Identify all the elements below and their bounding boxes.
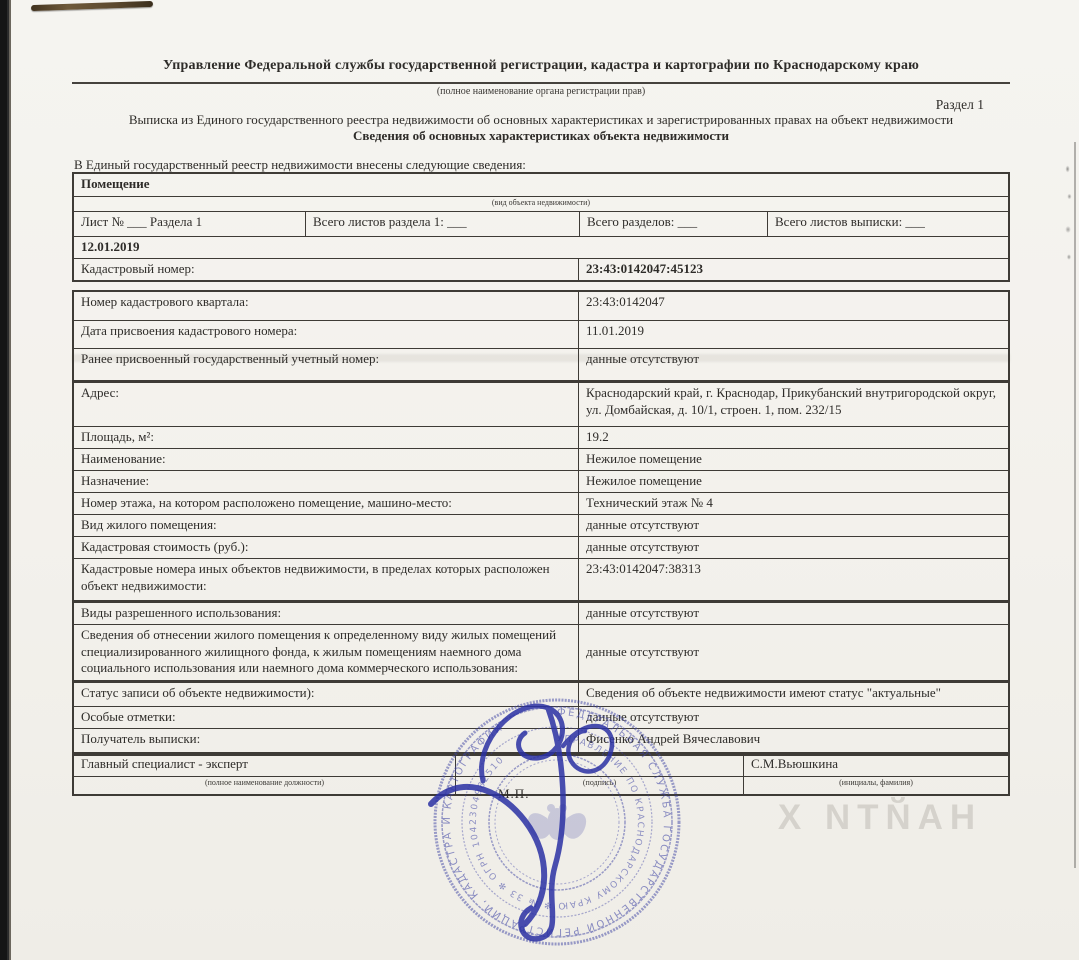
row-label: Статус записи об объекте недвижимости): bbox=[74, 683, 578, 706]
object-type-caption: (вид объекта недвижимости) bbox=[74, 197, 1008, 211]
document-scan: Управление Федеральной службы государств… bbox=[0, 0, 1079, 960]
row-value: данные отсутствуют bbox=[578, 603, 1008, 624]
row-value: 11.01.2019 bbox=[578, 321, 1008, 348]
table-row: Наименование: Нежилое помещение bbox=[74, 448, 1008, 470]
seal-eagle-emblem bbox=[528, 804, 586, 840]
object-header-table: Помещение (вид объекта недвижимости) Лис… bbox=[72, 172, 1010, 282]
cadastral-number-row: Кадастровый номер: 23:43:0142047:45123 bbox=[74, 258, 1008, 280]
table-row: Номер этажа, на котором расположено поме… bbox=[74, 492, 1008, 514]
name-caption: (инициалы, фамилия) bbox=[743, 777, 1008, 794]
row-value: данные отсутствуют bbox=[578, 707, 1008, 728]
extract-date: 12.01.2019 bbox=[74, 237, 1008, 258]
row-value: 23:43:0142047 bbox=[578, 292, 1008, 320]
sheet-info-row: Лист № ___ Раздела 1 Всего листов раздел… bbox=[74, 211, 1008, 236]
row-label: Номер этажа, на котором расположено поме… bbox=[74, 493, 578, 514]
cadastral-number-value: 23:43:0142047:45123 bbox=[578, 259, 1008, 280]
table-row: Особые отметки: данные отсутствуют bbox=[74, 706, 1008, 728]
row-label: Дата присвоения кадастрового номера: bbox=[74, 321, 578, 348]
cadastral-number-label: Кадастровый номер: bbox=[74, 259, 578, 280]
row-label: Кадастровая стоимость (руб.): bbox=[74, 537, 578, 558]
table-row: Сведения об отнесении жилого помещения к… bbox=[74, 624, 1008, 680]
total-sheets-cell: Всего листов выписки: ___ bbox=[767, 212, 1008, 236]
table-row: Дата присвоения кадастрового номера: 11.… bbox=[74, 320, 1008, 348]
signature-cell bbox=[455, 754, 743, 776]
table-row: Статус записи об объекте недвижимости): … bbox=[74, 680, 1008, 706]
official-position: Главный специалист - эксперт bbox=[74, 754, 455, 776]
row-label: Адрес: bbox=[74, 383, 578, 426]
table-row: Назначение: Нежилое помещение bbox=[74, 470, 1008, 492]
org-name-caption: (полное наименование органа регистрации … bbox=[72, 86, 1010, 97]
intro-text: В Единый государственный реестр недвижим… bbox=[74, 157, 526, 173]
table-row: Адрес: Краснодарский край, г. Краснодар,… bbox=[74, 380, 1008, 426]
row-value: данные отсутствуют bbox=[578, 349, 1008, 380]
scan-left-edge bbox=[0, 0, 11, 960]
signature-table: Главный специалист - эксперт С.М.Вьюшкин… bbox=[72, 752, 1010, 796]
row-value: данные отсутствуют bbox=[578, 625, 1008, 680]
row-value: Нежилое помещение bbox=[578, 449, 1008, 470]
scan-right-edge-line bbox=[1074, 142, 1076, 868]
row-label: Ранее присвоенный государственный учетны… bbox=[74, 349, 578, 380]
row-value: Краснодарский край, г. Краснодар, Прикуб… bbox=[578, 383, 1008, 426]
staple-mark bbox=[31, 1, 153, 11]
row-value: Сведения об объекте недвижимости имеют с… bbox=[578, 683, 1008, 706]
position-caption: (полное наименование должности) bbox=[74, 777, 455, 794]
scan-smudge bbox=[1064, 158, 1073, 268]
section-label: Раздел 1 bbox=[72, 97, 1010, 113]
sheets-in-section-cell: Всего листов раздела 1: ___ bbox=[305, 212, 579, 236]
seal-place-mark: М.П. bbox=[498, 786, 529, 802]
table-row: Площадь, м²: 19.2 bbox=[74, 426, 1008, 448]
row-label: Сведения об отнесении жилого помещения к… bbox=[74, 625, 578, 680]
row-value: Технический этаж № 4 bbox=[578, 493, 1008, 514]
row-value: Фисенко Андрей Вячеславович bbox=[578, 729, 1008, 754]
table-row: Виды разрешенного использования: данные … bbox=[74, 600, 1008, 624]
doc-title: Выписка из Единого государственного реес… bbox=[72, 112, 1010, 128]
row-label: Номер кадастрового квартала: bbox=[74, 292, 578, 320]
row-label: Особые отметки: bbox=[74, 707, 578, 728]
row-value: 19.2 bbox=[578, 427, 1008, 448]
table-row: Получатель выписки: Фисенко Андрей Вячес… bbox=[74, 728, 1008, 754]
doc-subtitle: Сведения об основных характеристиках объ… bbox=[72, 128, 1010, 144]
total-sections-cell: Всего разделов: ___ bbox=[579, 212, 767, 236]
sheet-number-cell: Лист № ___ Раздела 1 bbox=[74, 212, 305, 236]
row-value: данные отсутствуют bbox=[578, 537, 1008, 558]
row-value: Нежилое помещение bbox=[578, 471, 1008, 492]
site-watermark: НАЙТИ Х bbox=[748, 798, 998, 838]
org-name: Управление Федеральной службы государств… bbox=[72, 58, 1010, 74]
table-row: Кадастровые номера иных объектов недвижи… bbox=[74, 558, 1008, 600]
table-row: Кадастровая стоимость (руб.): данные отс… bbox=[74, 536, 1008, 558]
row-label: Площадь, м²: bbox=[74, 427, 578, 448]
official-name: С.М.Вьюшкина bbox=[743, 754, 1008, 776]
row-label: Кадастровые номера иных объектов недвижи… bbox=[74, 559, 578, 600]
table-row: Номер кадастрового квартала: 23:43:01420… bbox=[74, 292, 1008, 320]
row-label: Виды разрешенного использования: bbox=[74, 603, 578, 624]
table-row: Ранее присвоенный государственный учетны… bbox=[74, 348, 1008, 380]
row-label: Вид жилого помещения: bbox=[74, 515, 578, 536]
details-table: Номер кадастрового квартала: 23:43:01420… bbox=[72, 290, 1010, 756]
object-type-caption-row: (вид объекта недвижимости) bbox=[74, 196, 1008, 211]
object-type: Помещение bbox=[74, 174, 1008, 196]
signature-row: Главный специалист - эксперт С.М.Вьюшкин… bbox=[74, 754, 1008, 776]
signature-caption-row: (полное наименование должности) (подпись… bbox=[74, 776, 1008, 794]
date-row: 12.01.2019 bbox=[74, 236, 1008, 258]
row-value: 23:43:0142047:38313 bbox=[578, 559, 1008, 600]
row-label: Назначение: bbox=[74, 471, 578, 492]
table-row: Вид жилого помещения: данные отсутствуют bbox=[74, 514, 1008, 536]
header-rule bbox=[72, 82, 1010, 84]
row-label: Наименование: bbox=[74, 449, 578, 470]
row-label: Получатель выписки: bbox=[74, 729, 578, 754]
object-type-row: Помещение bbox=[74, 174, 1008, 196]
row-value: данные отсутствуют bbox=[578, 515, 1008, 536]
